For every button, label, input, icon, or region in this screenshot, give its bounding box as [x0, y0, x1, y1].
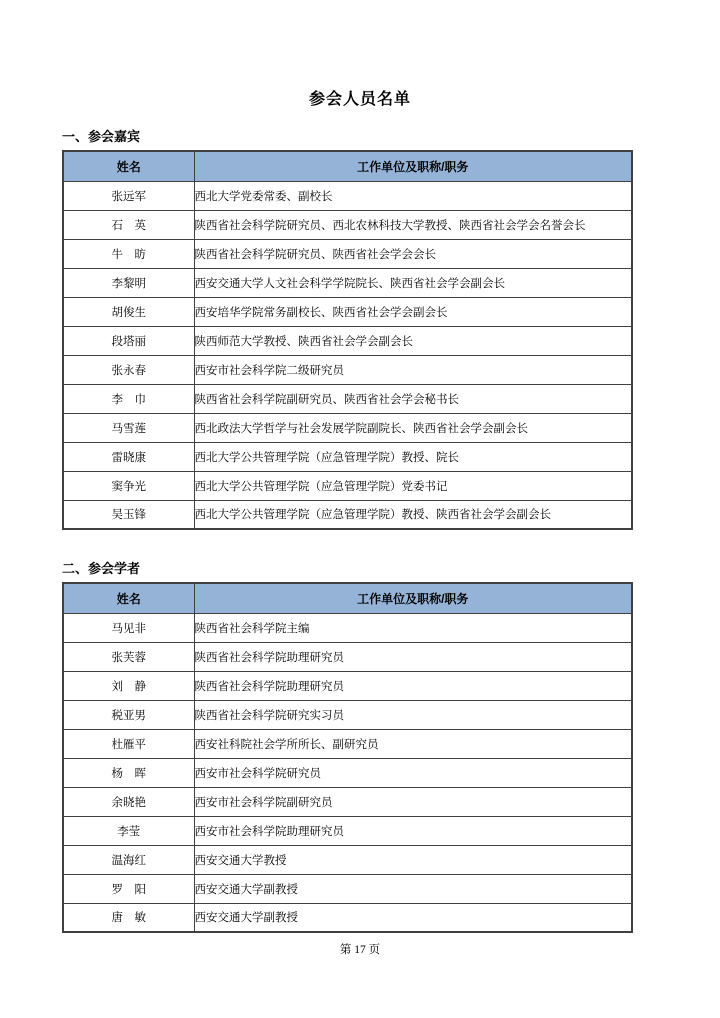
person-name: 胡俊生: [63, 297, 194, 326]
column-header-name: 姓名: [63, 583, 194, 613]
table-row: 李黎明西安交通大学人文社会科学学院院长、陕西省社会学会副会长: [63, 268, 632, 297]
person-affiliation: 陕西师范大学教授、陕西省社会学会副会长: [194, 326, 632, 355]
person-name: 张远军: [63, 181, 194, 210]
person-affiliation: 西安市社会科学院研究员: [194, 758, 632, 787]
table-row: 杜雁平西安社科院社会学所所长、副研究员: [63, 729, 632, 758]
person-name: 段塔丽: [63, 326, 194, 355]
table-row: 刘 静陕西省社会科学院助理研究员: [63, 671, 632, 700]
table-row: 余晓艳西安市社会科学院副研究员: [63, 787, 632, 816]
person-affiliation: 西北大学党委常委、副校长: [194, 181, 632, 210]
person-name: 吴玉锋: [63, 500, 194, 529]
person-affiliation: 西安市社会科学院二级研究员: [194, 355, 632, 384]
section-heading-guests: 一、参会嘉宾: [62, 128, 720, 146]
section-heading-scholars: 二、参会学者: [62, 560, 720, 578]
table-row: 张芙蓉陕西省社会科学院助理研究员: [63, 642, 632, 671]
scholars-table-body: 马见非陕西省社会科学院主编张芙蓉陕西省社会科学院助理研究员刘 静陕西省社会科学院…: [63, 613, 632, 932]
table-row: 温海红西安交通大学教授: [63, 845, 632, 874]
table-row: 石 英陕西省社会科学院研究员、西北农林科技大学教授、陕西省社会学会名誉会长: [63, 210, 632, 239]
person-name: 刘 静: [63, 671, 194, 700]
person-affiliation: 陕西省社会科学院研究员、西北农林科技大学教授、陕西省社会学会名誉会长: [194, 210, 632, 239]
person-name: 温海红: [63, 845, 194, 874]
scholars-table: 姓名 工作单位及职称/职务 马见非陕西省社会科学院主编张芙蓉陕西省社会科学院助理…: [62, 582, 633, 933]
header-row: 姓名 工作单位及职称/职务: [63, 151, 632, 181]
person-name: 税亚男: [63, 700, 194, 729]
person-name: 杨 晖: [63, 758, 194, 787]
table-row: 张远军西北大学党委常委、副校长: [63, 181, 632, 210]
person-affiliation: 陕西省社会科学院主编: [194, 613, 632, 642]
person-affiliation: 陕西省社会科学院研究实习员: [194, 700, 632, 729]
table-row: 胡俊生西安培华学院常务副校长、陕西省社会学会副会长: [63, 297, 632, 326]
person-name: 雷晓康: [63, 442, 194, 471]
table-row: 吴玉锋西北大学公共管理学院（应急管理学院）教授、陕西省社会学会副会长: [63, 500, 632, 529]
person-name: 李黎明: [63, 268, 194, 297]
table-row: 雷晓康西北大学公共管理学院（应急管理学院）教授、院长: [63, 442, 632, 471]
table-row: 李莹西安市社会科学院助理研究员: [63, 816, 632, 845]
person-name: 李 巾: [63, 384, 194, 413]
person-affiliation: 西安社科院社会学所所长、副研究员: [194, 729, 632, 758]
person-affiliation: 西北大学公共管理学院（应急管理学院）教授、陕西省社会学会副会长: [194, 500, 632, 529]
person-name: 牛 昉: [63, 239, 194, 268]
person-affiliation: 西安培华学院常务副校长、陕西省社会学会副会长: [194, 297, 632, 326]
header-row: 姓名 工作单位及职称/职务: [63, 583, 632, 613]
table-row: 罗 阳西安交通大学副教授: [63, 874, 632, 903]
person-affiliation: 西安市社会科学院助理研究员: [194, 816, 632, 845]
person-name: 马雪莲: [63, 413, 194, 442]
table-row: 窦争光西北大学公共管理学院（应急管理学院）党委书记: [63, 471, 632, 500]
person-affiliation: 陕西省社会科学院副研究员、陕西省社会学会秘书长: [194, 384, 632, 413]
page-title: 参会人员名单: [0, 0, 720, 112]
column-header-affiliation: 工作单位及职称/职务: [194, 583, 632, 613]
column-header-affiliation: 工作单位及职称/职务: [194, 151, 632, 181]
person-name: 唐 敏: [63, 903, 194, 932]
person-affiliation: 陕西省社会科学院助理研究员: [194, 642, 632, 671]
scholars-table-header: 姓名 工作单位及职称/职务: [63, 583, 632, 613]
table-row: 税亚男陕西省社会科学院研究实习员: [63, 700, 632, 729]
person-affiliation: 西安交通大学副教授: [194, 903, 632, 932]
person-affiliation: 西北大学公共管理学院（应急管理学院）党委书记: [194, 471, 632, 500]
table-row: 马见非陕西省社会科学院主编: [63, 613, 632, 642]
person-affiliation: 西北政法大学哲学与社会发展学院副院长、陕西省社会学会副会长: [194, 413, 632, 442]
person-affiliation: 西安交通大学副教授: [194, 874, 632, 903]
column-header-name: 姓名: [63, 151, 194, 181]
person-affiliation: 西安市社会科学院副研究员: [194, 787, 632, 816]
table-row: 张永春西安市社会科学院二级研究员: [63, 355, 632, 384]
person-name: 窦争光: [63, 471, 194, 500]
person-affiliation: 西安交通大学人文社会科学学院院长、陕西省社会学会副会长: [194, 268, 632, 297]
person-name: 罗 阳: [63, 874, 194, 903]
document-page: 参会人员名单 一、参会嘉宾 姓名 工作单位及职称/职务 张远军西北大学党委常委、…: [0, 0, 720, 1018]
person-affiliation: 陕西省社会科学院研究员、陕西省社会学会会长: [194, 239, 632, 268]
person-name: 张永春: [63, 355, 194, 384]
person-name: 张芙蓉: [63, 642, 194, 671]
person-affiliation: 西北大学公共管理学院（应急管理学院）教授、院长: [194, 442, 632, 471]
person-name: 李莹: [63, 816, 194, 845]
table-row: 杨 晖西安市社会科学院研究员: [63, 758, 632, 787]
person-affiliation: 陕西省社会科学院助理研究员: [194, 671, 632, 700]
table-row: 段塔丽陕西师范大学教授、陕西省社会学会副会长: [63, 326, 632, 355]
table-row: 李 巾陕西省社会科学院副研究员、陕西省社会学会秘书长: [63, 384, 632, 413]
table-row: 马雪莲西北政法大学哲学与社会发展学院副院长、陕西省社会学会副会长: [63, 413, 632, 442]
table-row: 唐 敏西安交通大学副教授: [63, 903, 632, 932]
person-name: 马见非: [63, 613, 194, 642]
page-number: 第 17 页: [0, 942, 720, 958]
guests-table: 姓名 工作单位及职称/职务 张远军西北大学党委常委、副校长石 英陕西省社会科学院…: [62, 150, 633, 530]
guests-table-body: 张远军西北大学党委常委、副校长石 英陕西省社会科学院研究员、西北农林科技大学教授…: [63, 181, 632, 529]
person-name: 石 英: [63, 210, 194, 239]
person-name: 杜雁平: [63, 729, 194, 758]
guests-table-header: 姓名 工作单位及职称/职务: [63, 151, 632, 181]
person-name: 余晓艳: [63, 787, 194, 816]
person-affiliation: 西安交通大学教授: [194, 845, 632, 874]
table-row: 牛 昉陕西省社会科学院研究员、陕西省社会学会会长: [63, 239, 632, 268]
